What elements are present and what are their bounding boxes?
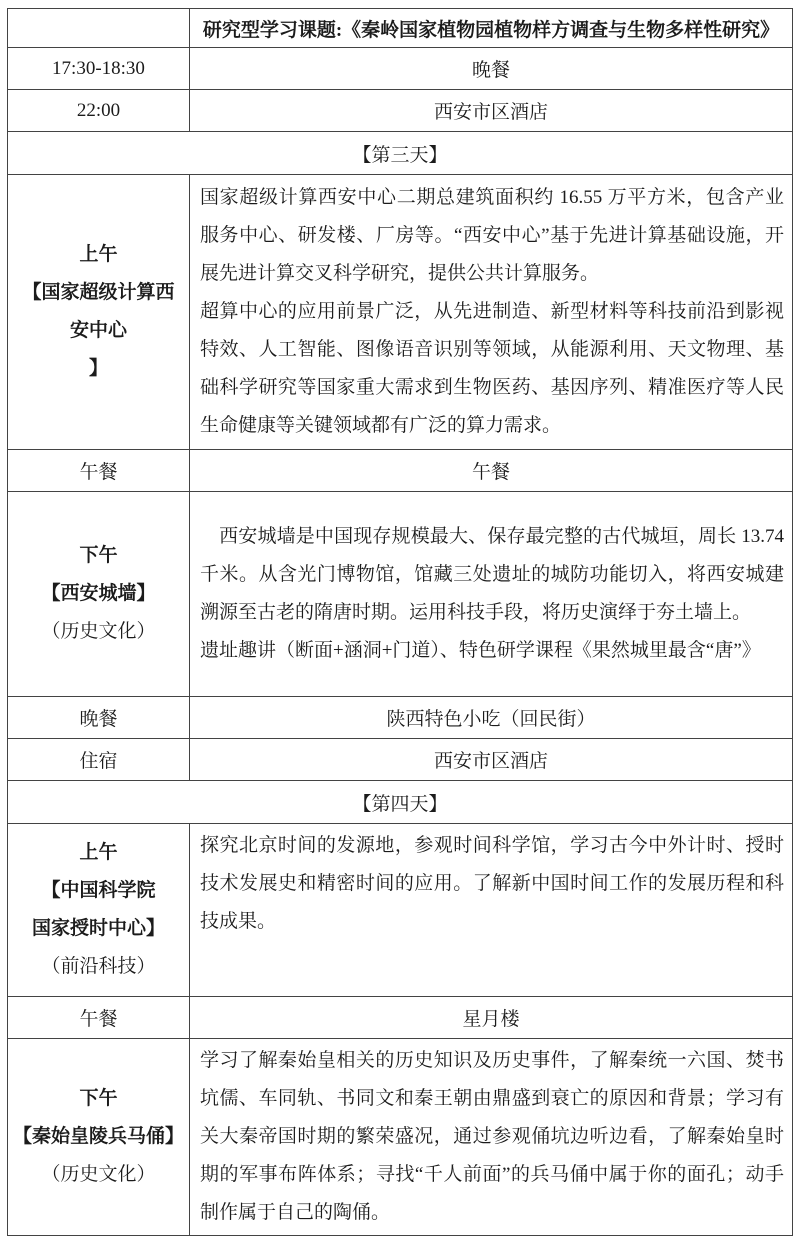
session-label-cell: 上午 【中国科学院 国家授时中心】 （前沿科技） [8,824,190,997]
meal-label-cell: 午餐 [8,997,190,1039]
session-category-note: （历史文化） [12,613,185,651]
session-description-cell: 探究北京时间的发源地，参观时间科学馆，学习古今中外计时、授时技术发展史和精密时间… [190,824,793,997]
session-row: 上午 【中国科学院 国家授时中心】 （前沿科技） 探究北京时间的发源地，参观时间… [8,824,793,997]
session-description-cell: 国家超级计算西安中心二期总建筑面积约 16.55 万平方米，包含产业服务中心、研… [190,175,793,450]
session-category-note: （前沿科技） [12,948,185,986]
day-header-day4: 【第四天】 [8,781,793,824]
session-description: 国家超级计算西安中心二期总建筑面积约 16.55 万平方米，包含产业服务中心、研… [200,179,784,445]
lodging-value-cell: 西安市区酒店 [190,739,793,781]
table-row: 午餐 星月楼 [8,997,793,1039]
day-header-row: 【第三天】 [8,132,793,175]
session-label-cell: 下午 【秦始皇陵兵马俑】 （历史文化） [8,1039,190,1236]
meal-label-cell: 晚餐 [8,697,190,739]
meal-value-cell: 星月楼 [190,997,793,1039]
day-header-row: 【第四天】 [8,781,793,824]
meal-value-cell: 午餐 [190,450,793,492]
session-title: 上午 【国家超级计算西 安中心 】 [12,236,185,388]
table-row: 晚餐 陕西特色小吃（回民街） [8,697,793,739]
session-row: 下午 【秦始皇陵兵马俑】 （历史文化） 学习了解秦始皇相关的历史知识及历史事件，… [8,1039,793,1236]
lodging-label-cell: 住宿 [8,739,190,781]
table-row: 22:00 西安市区酒店 [8,90,793,132]
session-row: 上午 【国家超级计算西 安中心 】 国家超级计算西安中心二期总建筑面积约 16.… [8,175,793,450]
time-cell-empty [8,9,190,48]
session-category-note: （历史文化） [12,1156,185,1194]
itinerary-table: 研究型学习课题:《秦岭国家植物园植物样方调查与生物多样性研究》 17:30-18… [7,8,793,1236]
activity-cell: 晚餐 [190,48,793,90]
table-row: 研究型学习课题:《秦岭国家植物园植物样方调查与生物多样性研究》 [8,9,793,48]
session-row: 下午 【西安城墙】 （历史文化） 西安城墙是中国现存规模最大、保存最完整的古代城… [8,492,793,697]
time-cell: 17:30-18:30 [8,48,190,90]
session-description: 探究北京时间的发源地，参观时间科学馆，学习古今中外计时、授时技术发展史和精密时间… [200,827,784,941]
session-title: 上午 【中国科学院 国家授时中心】 [12,834,185,948]
session-description-cell: 学习了解秦始皇相关的历史知识及历史事件，了解秦统一六国、焚书坑儒、车同轨、书同文… [190,1039,793,1236]
session-label-cell: 上午 【国家超级计算西 安中心 】 [8,175,190,450]
session-description: 学习了解秦始皇相关的历史知识及历史事件，了解秦统一六国、焚书坑儒、车同轨、书同文… [200,1042,784,1232]
meal-label-cell: 午餐 [8,450,190,492]
day-header-day3: 【第三天】 [8,132,793,175]
session-description: 西安城墙是中国现存规模最大、保存最完整的古代城垣，周长 13.74 千米。从含光… [200,518,784,670]
research-topic-title: 研究型学习课题:《秦岭国家植物园植物样方调查与生物多样性研究》 [190,9,793,48]
itinerary-page: 研究型学习课题:《秦岭国家植物园植物样方调查与生物多样性研究》 17:30-18… [0,0,800,1191]
table-row: 住宿 西安市区酒店 [8,739,793,781]
table-row: 午餐 午餐 [8,450,793,492]
time-cell: 22:00 [8,90,190,132]
session-title: 下午 【西安城墙】 [12,537,185,613]
activity-cell: 西安市区酒店 [190,90,793,132]
session-description-cell: 西安城墙是中国现存规模最大、保存最完整的古代城垣，周长 13.74 千米。从含光… [190,492,793,697]
session-label-cell: 下午 【西安城墙】 （历史文化） [8,492,190,697]
session-title: 下午 【秦始皇陵兵马俑】 [12,1080,185,1156]
meal-value-cell: 陕西特色小吃（回民街） [190,697,793,739]
table-row: 17:30-18:30 晚餐 [8,48,793,90]
